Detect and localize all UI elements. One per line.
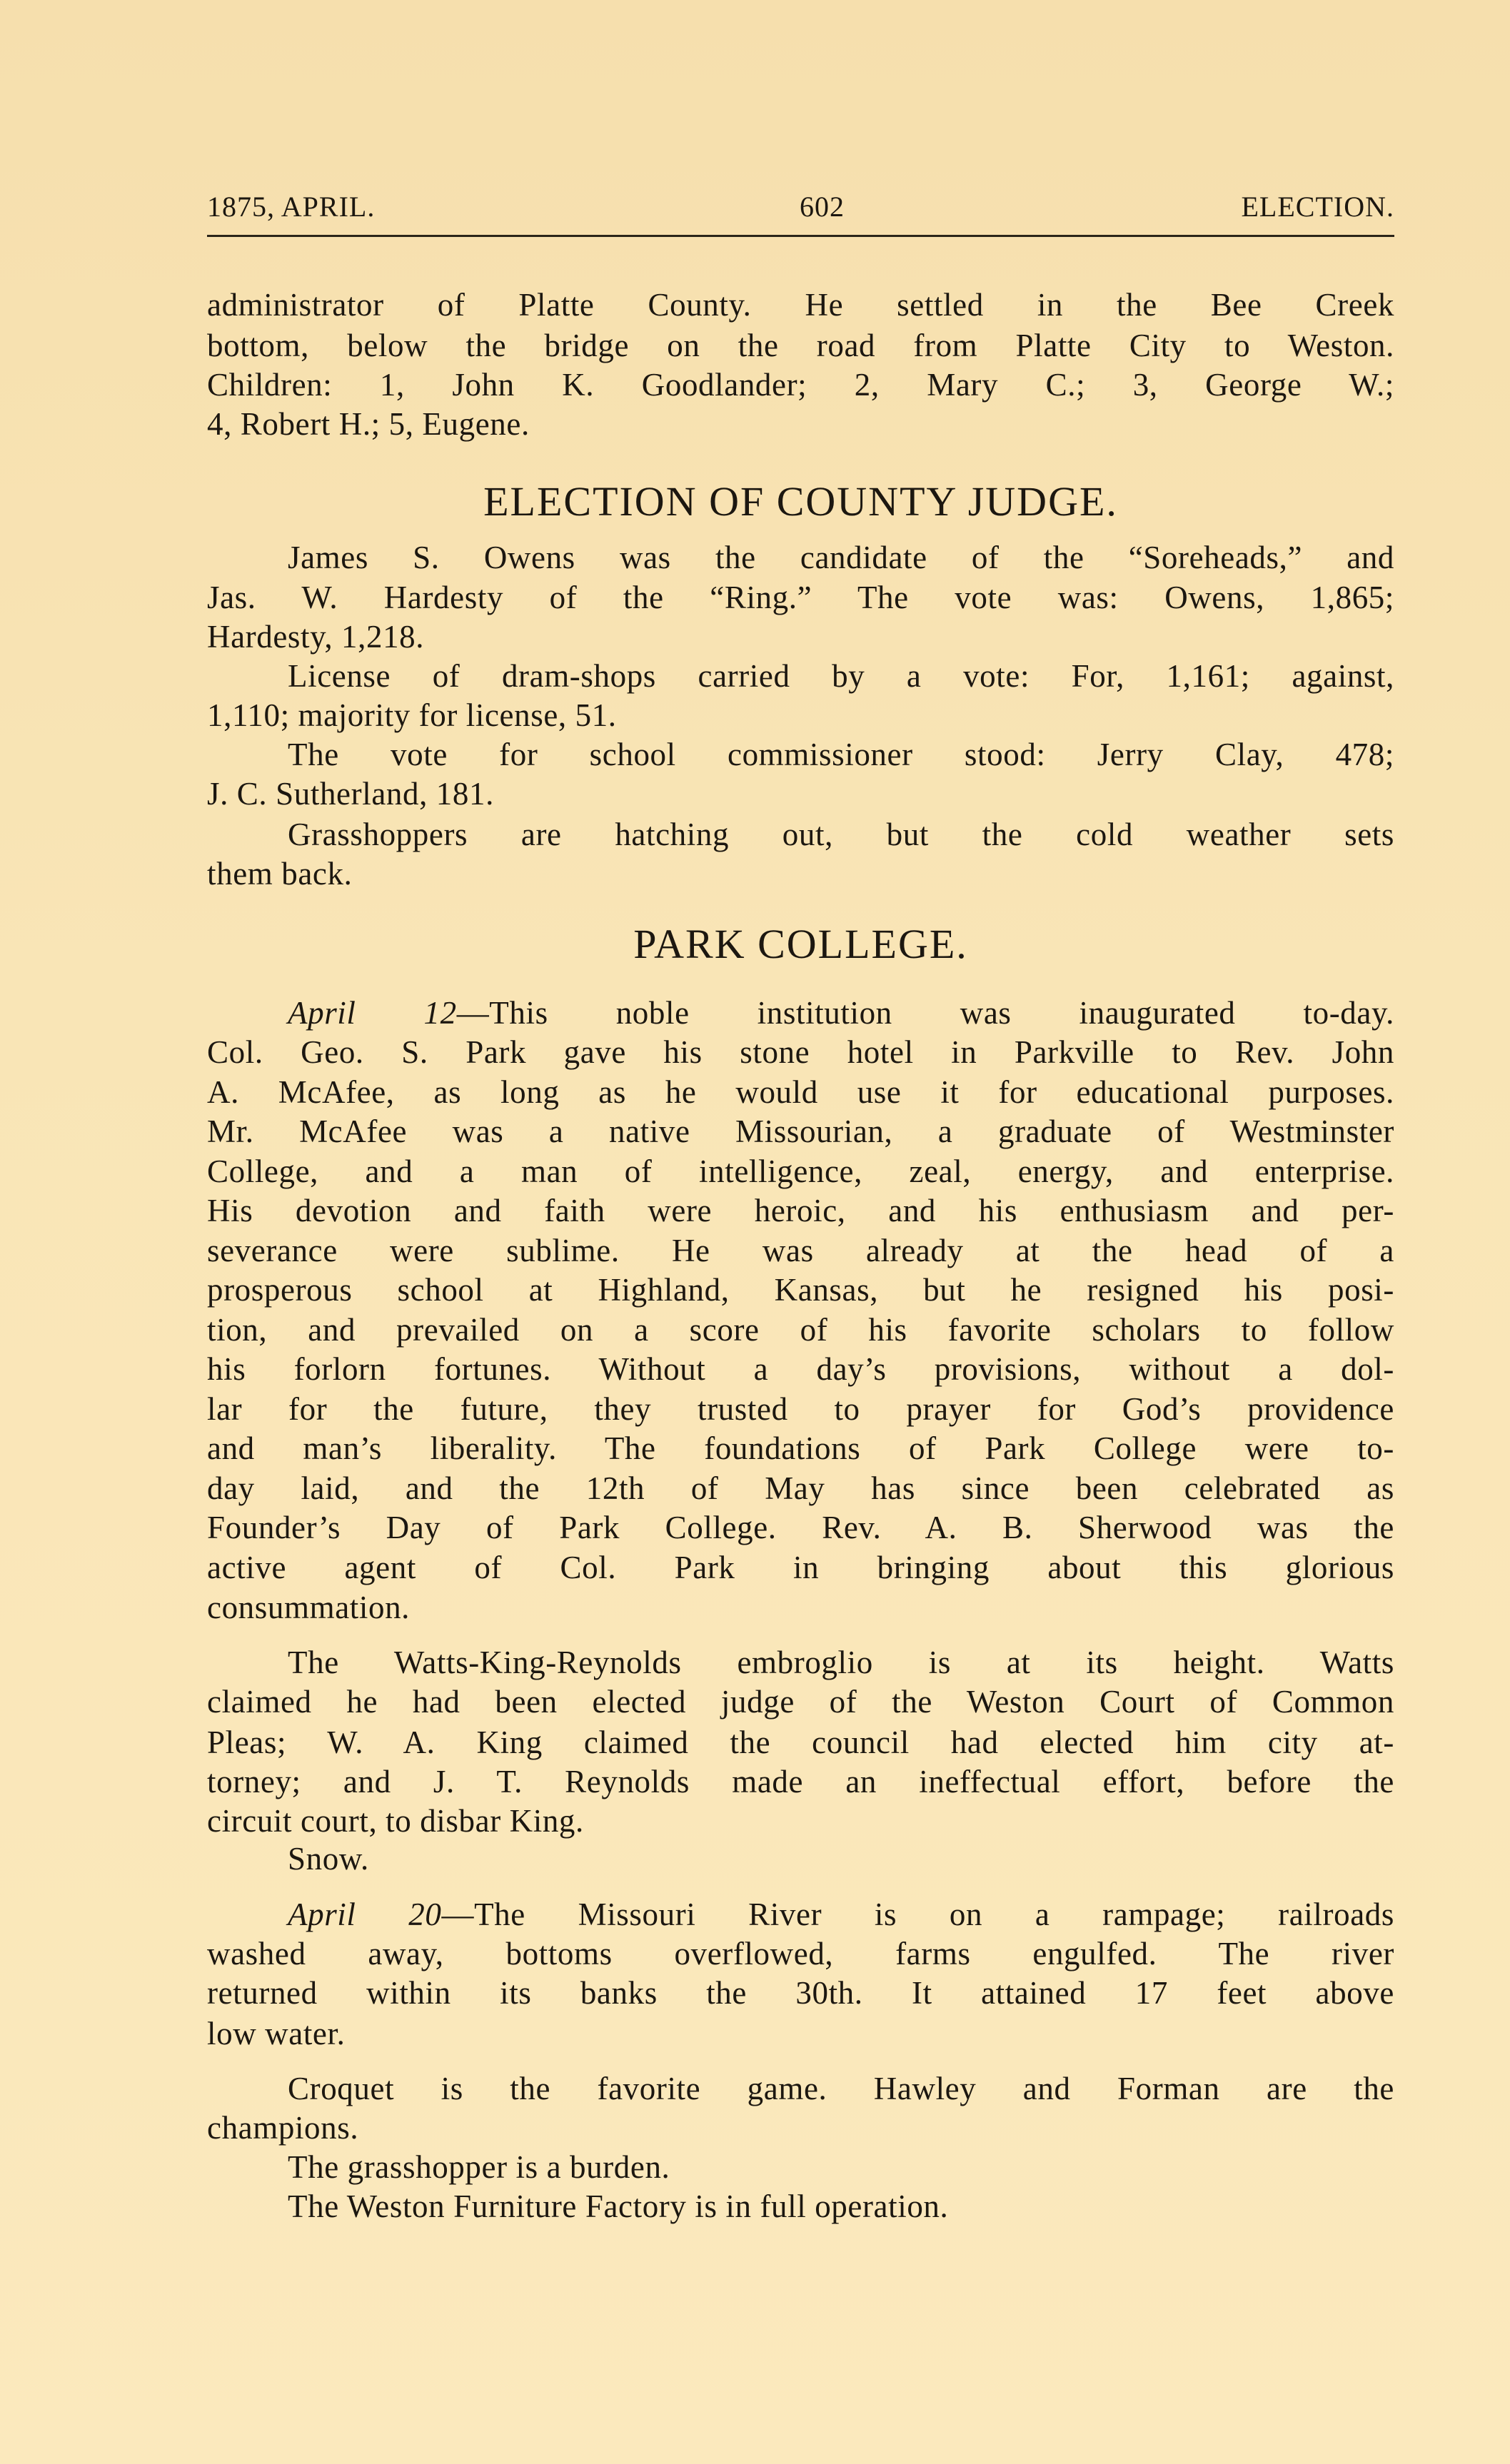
book-page: 1875, APRIL. 602 ELECTION. administrator… — [0, 0, 1510, 2464]
text-line: Children: 1, John K. Goodlander; 2, Mary… — [207, 368, 1394, 402]
text-line: administrator of Platte County. He settl… — [207, 288, 1394, 322]
running-head-section: ELECTION. — [1241, 191, 1394, 223]
page-number: 602 — [800, 191, 845, 223]
text-line: The grasshopper is a burden. — [288, 2150, 1394, 2184]
text-line: tion, and prevailed on a score of his fa… — [207, 1313, 1394, 1347]
text-line: License of dram-shops carried by a vote:… — [288, 659, 1394, 693]
header-rule — [207, 235, 1394, 237]
text-line: day laid, and the 12th of May has since … — [207, 1471, 1394, 1505]
text-line: Hardesty, 1,218. — [207, 620, 1394, 654]
text-line: torney; and J. T. Reynolds made an ineff… — [207, 1764, 1394, 1799]
text-line: active agent of Col. Park in bringing ab… — [207, 1550, 1394, 1585]
text-line: champions. — [207, 2111, 1394, 2145]
text-line: severance were sublime. He was already a… — [207, 1233, 1394, 1268]
text-line: his forlorn fortunes. Without a day’s pr… — [207, 1352, 1394, 1386]
text-line: them back. — [207, 857, 1394, 891]
text-line-dated: April 20—The Missouri River is on a ramp… — [288, 1897, 1394, 1932]
text-line: The Weston Furniture Factory is in full … — [288, 2189, 1394, 2223]
text-line: Croquet is the favorite game. Hawley and… — [288, 2071, 1394, 2106]
text-line: Jas. W. Hardesty of the “Ring.” The vote… — [207, 580, 1394, 615]
text-line: College, and a man of intelligence, zeal… — [207, 1154, 1394, 1188]
text-line: Col. Geo. S. Park gave his stone hotel i… — [207, 1035, 1394, 1069]
text-line: bottom, below the bridge on the road fro… — [207, 328, 1394, 363]
text-line: washed away, bottoms overflowed, farms e… — [207, 1937, 1394, 1971]
text-line: low water. — [207, 2016, 1394, 2051]
section-heading-county-judge: ELECTION OF COUNTY JUDGE. — [207, 480, 1394, 523]
text-line: Snow. — [288, 1842, 1394, 1876]
text-line: 1,110; majority for license, 51. — [207, 698, 1394, 732]
entry-date: April 12 — [288, 995, 457, 1031]
text-line: 4, Robert H.; 5, Eugene. — [207, 407, 1394, 441]
text-line: and man’s liberality. The foundations of… — [207, 1431, 1394, 1465]
text-line: circuit court, to disbar King. — [207, 1804, 1394, 1838]
text-line: returned within its banks the 30th. It a… — [207, 1976, 1394, 2010]
text-line: The Watts-King-Reynolds embroglio is at … — [288, 1645, 1394, 1680]
entry-date: April 20 — [288, 1897, 441, 1932]
text-line: lar for the future, they trusted to pray… — [207, 1392, 1394, 1426]
running-head-date: 1875, APRIL. — [207, 191, 375, 223]
text-line: His devotion and faith were heroic, and … — [207, 1193, 1394, 1228]
section-heading-park-college: PARK COLLEGE. — [207, 923, 1394, 966]
text-line: Grasshoppers are hatching out, but the c… — [288, 817, 1394, 852]
text-line: A. McAfee, as long as he would use it fo… — [207, 1075, 1394, 1109]
text-line: consummation. — [207, 1590, 1394, 1625]
running-head: 1875, APRIL. 602 ELECTION. — [207, 191, 1394, 223]
text-line: prosperous school at Highland, Kansas, b… — [207, 1273, 1394, 1307]
text-line: The vote for school commissioner stood: … — [288, 737, 1394, 772]
text-line: claimed he had been elected judge of the… — [207, 1685, 1394, 1719]
text-line-dated: April 12—This noble institution was inau… — [288, 996, 1394, 1030]
text-line: J. C. Sutherland, 181. — [207, 777, 1394, 811]
text-line: Pleas; W. A. King claimed the council ha… — [207, 1725, 1394, 1759]
text-line: Founder’s Day of Park College. Rev. A. B… — [207, 1510, 1394, 1545]
text-line: Mr. McAfee was a native Missourian, a gr… — [207, 1114, 1394, 1148]
text-line: James S. Owens was the candidate of the … — [288, 540, 1394, 575]
